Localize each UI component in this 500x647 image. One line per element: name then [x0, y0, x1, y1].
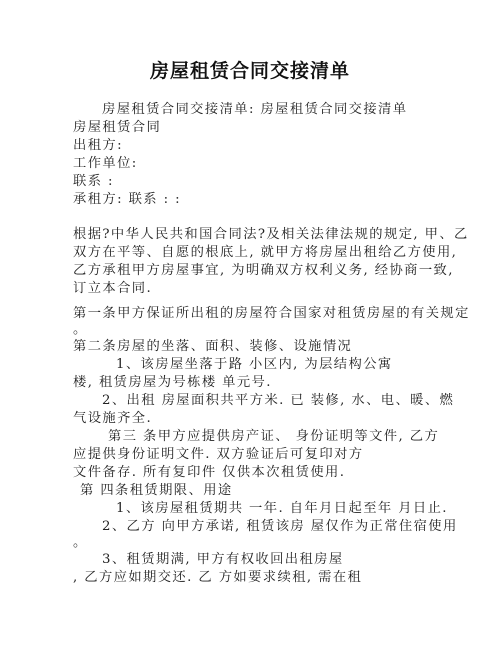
preamble-line-4: 订立本合同.	[73, 280, 152, 298]
article-4-item-3-cont: , 乙方应如期交还. 乙 方如要求续租, 需在租	[73, 569, 362, 587]
article-2-item-2: 2、出租 房屋面积共平方米. 已 装修, 水、电、暖、燃	[102, 392, 454, 410]
article-3-line-2: 应提供身份证明文件. 双方验证后可复印对方	[73, 446, 364, 464]
article-4-item-2-period: 。	[73, 534, 88, 552]
article-2-item-2-cont: 气设施齐全.	[73, 410, 152, 428]
preamble-line-2: 双方在平等、自愿的根底上, 就甲方将房屋出租给乙方使用,	[73, 244, 457, 262]
lessee-line: 承租方: 联系 : :	[73, 191, 181, 209]
article-4-item-2: 2、乙方 向甲方承诺, 租赁该房 屋仅作为正常住宿使用	[102, 518, 458, 536]
article-1-period: 。	[73, 321, 88, 339]
article-2-item-1-cont: 楼, 租赁房屋为号栋楼 单元号.	[73, 374, 272, 392]
employer-line: 工作单位:	[73, 155, 138, 173]
preamble-line-1: 根据?中华人民共和国合同法?及相关法律法规的规定, 甲、乙	[73, 226, 469, 244]
article-3-line-1: 第三 条甲方应提供房产证、 身份证明等文件, 乙方	[108, 428, 439, 446]
article-4-item-1: 1、该房屋租赁期共 一年. 自年月日起至年 月日止.	[116, 500, 448, 518]
article-2-heading: 第二条房屋的坐落、面积、装修、设施情况	[73, 338, 352, 356]
intro-heading-line: 房屋租赁合同交接清单: 房屋租赁合同交接清单	[102, 101, 407, 119]
article-4-heading: 第 四条租赁期限、用途	[80, 482, 233, 500]
document-page: 房屋租赁合同交接清单 房屋租赁合同交接清单: 房屋租赁合同交接清单 房屋租赁合同…	[0, 0, 500, 647]
document-title: 房屋租赁合同交接清单	[0, 56, 500, 83]
contract-name-line: 房屋租赁合同	[73, 119, 161, 137]
article-1-line: 第一条甲方保证所出租的房屋符合国家对租赁房屋的有关规定	[73, 305, 470, 323]
lessor-line: 出租方:	[73, 137, 123, 155]
preamble-line-3: 乙方承租甲方房屋事宜, 为明确双方权利义务, 经协商一致,	[73, 262, 454, 280]
article-2-item-1: 1、该房屋坐落于路 小区内, 为层结构公寓	[116, 356, 393, 374]
article-4-item-3: 3、租赁期满, 甲方有权收回出租房屋	[102, 551, 344, 569]
contact-line: 联系 :	[73, 173, 114, 191]
article-3-line-3: 文件备存. 所有复印件 仅供本次租赁使用.	[73, 464, 345, 482]
